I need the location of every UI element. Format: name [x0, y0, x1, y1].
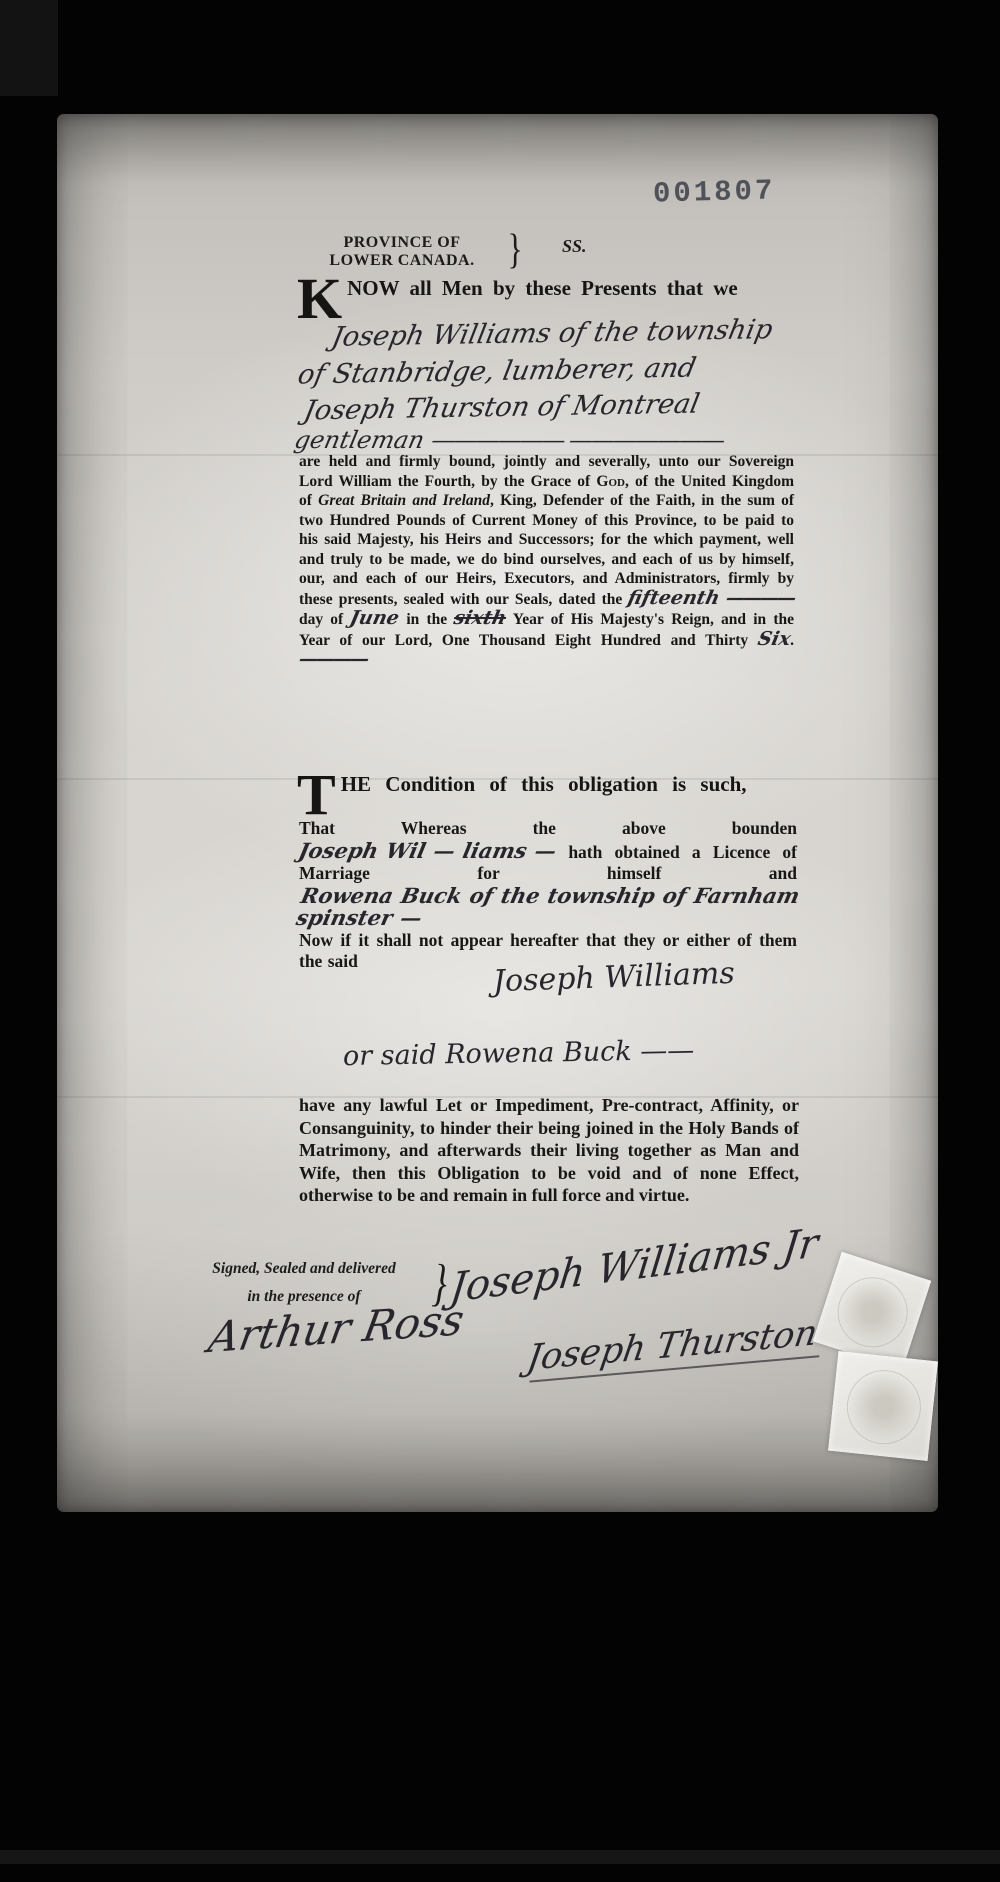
- handwritten-party-line2: of Stanbridge, lumberer, and: [295, 353, 698, 391]
- condition-paragraph-1: That Whereas the above bounden Joseph Wi…: [299, 818, 797, 973]
- handwritten-bride-line: or said Rowena Buck ——: [343, 1035, 695, 1072]
- seal-emboss: [829, 1268, 917, 1356]
- pen-dash-fill: ————: [724, 589, 796, 609]
- handwritten-year: Six: [756, 630, 792, 650]
- pen-flourish-end: ————: [297, 650, 369, 670]
- seal-emboss: [843, 1366, 924, 1447]
- handwritten-bride-inline: Rowena Buck of the township of Farnham s…: [294, 885, 801, 928]
- condition-text-1: That Whereas the above bounden: [299, 818, 797, 838]
- bond-text-4: day of: [299, 611, 350, 628]
- scan-bottom-strip: [0, 1850, 1000, 1864]
- venue-line1: PROVINCE OF: [302, 234, 502, 252]
- jurat-ss: SS.: [562, 236, 587, 257]
- bond-paragraph: are held and firmly bound, jointly and s…: [299, 452, 794, 671]
- condition-clause-heading: T HE Condition of this obligation is suc…: [297, 772, 857, 818]
- handwritten-regnal-year: sixth: [452, 609, 508, 629]
- handwritten-gentleman: gentleman: [292, 426, 427, 454]
- venue-heading: PROVINCE OF LOWER CANADA.: [302, 234, 502, 270]
- handwritten-month: June: [348, 609, 401, 629]
- dropcap-t: T: [297, 772, 336, 818]
- handwritten-day: fifteenth: [626, 589, 722, 609]
- serial-number-stamp: 001807: [653, 174, 776, 210]
- party-signature-2-text: Joseph Thurston: [524, 1313, 820, 1379]
- party-signature-1: Joseph Williams Jr: [448, 1220, 821, 1312]
- party-signature-2: Joseph Thurston: [526, 1313, 819, 1382]
- scan-corner-shadow: [0, 0, 58, 96]
- handwritten-party-line3: Joseph Thurston of Montreal: [301, 389, 702, 427]
- handwritten-groom-name: Joseph Williams: [492, 956, 735, 999]
- opening-heading: NOW all Men by these Presents that we: [347, 276, 738, 300]
- condition-paragraph-2: have any lawful Let or Impediment, Pre-c…: [299, 1094, 799, 1207]
- pen-flourish: —————— ———————: [429, 426, 727, 454]
- dropcap-k: K: [297, 276, 342, 322]
- handwritten-party-line1: Joseph Williams of the township: [329, 314, 775, 353]
- wax-paper-seal-2: [828, 1351, 938, 1461]
- bond-realm: Great Britain and Ireland: [318, 492, 490, 509]
- document-paper: 001807 PROVINCE OF LOWER CANADA. } SS. K…: [57, 114, 938, 1512]
- condition-heading-text: HE Condition of this obligation is such,: [341, 772, 747, 796]
- bond-text-5: in the: [399, 611, 454, 628]
- wax-paper-seal-1: [813, 1252, 931, 1370]
- attestation-line1: Signed, Sealed and delivered: [179, 1260, 429, 1278]
- handwritten-party-line4: gentleman —————— ———————: [292, 426, 726, 454]
- party-signature-1-text: Joseph Williams Jr: [448, 1220, 821, 1312]
- handwritten-groom-inline: Joseph Wil — liams —: [297, 840, 559, 862]
- scanned-page: 001807 PROVINCE OF LOWER CANADA. } SS. K…: [0, 0, 1000, 1882]
- venue-brace: }: [508, 226, 523, 274]
- bond-word-god: God: [596, 473, 625, 490]
